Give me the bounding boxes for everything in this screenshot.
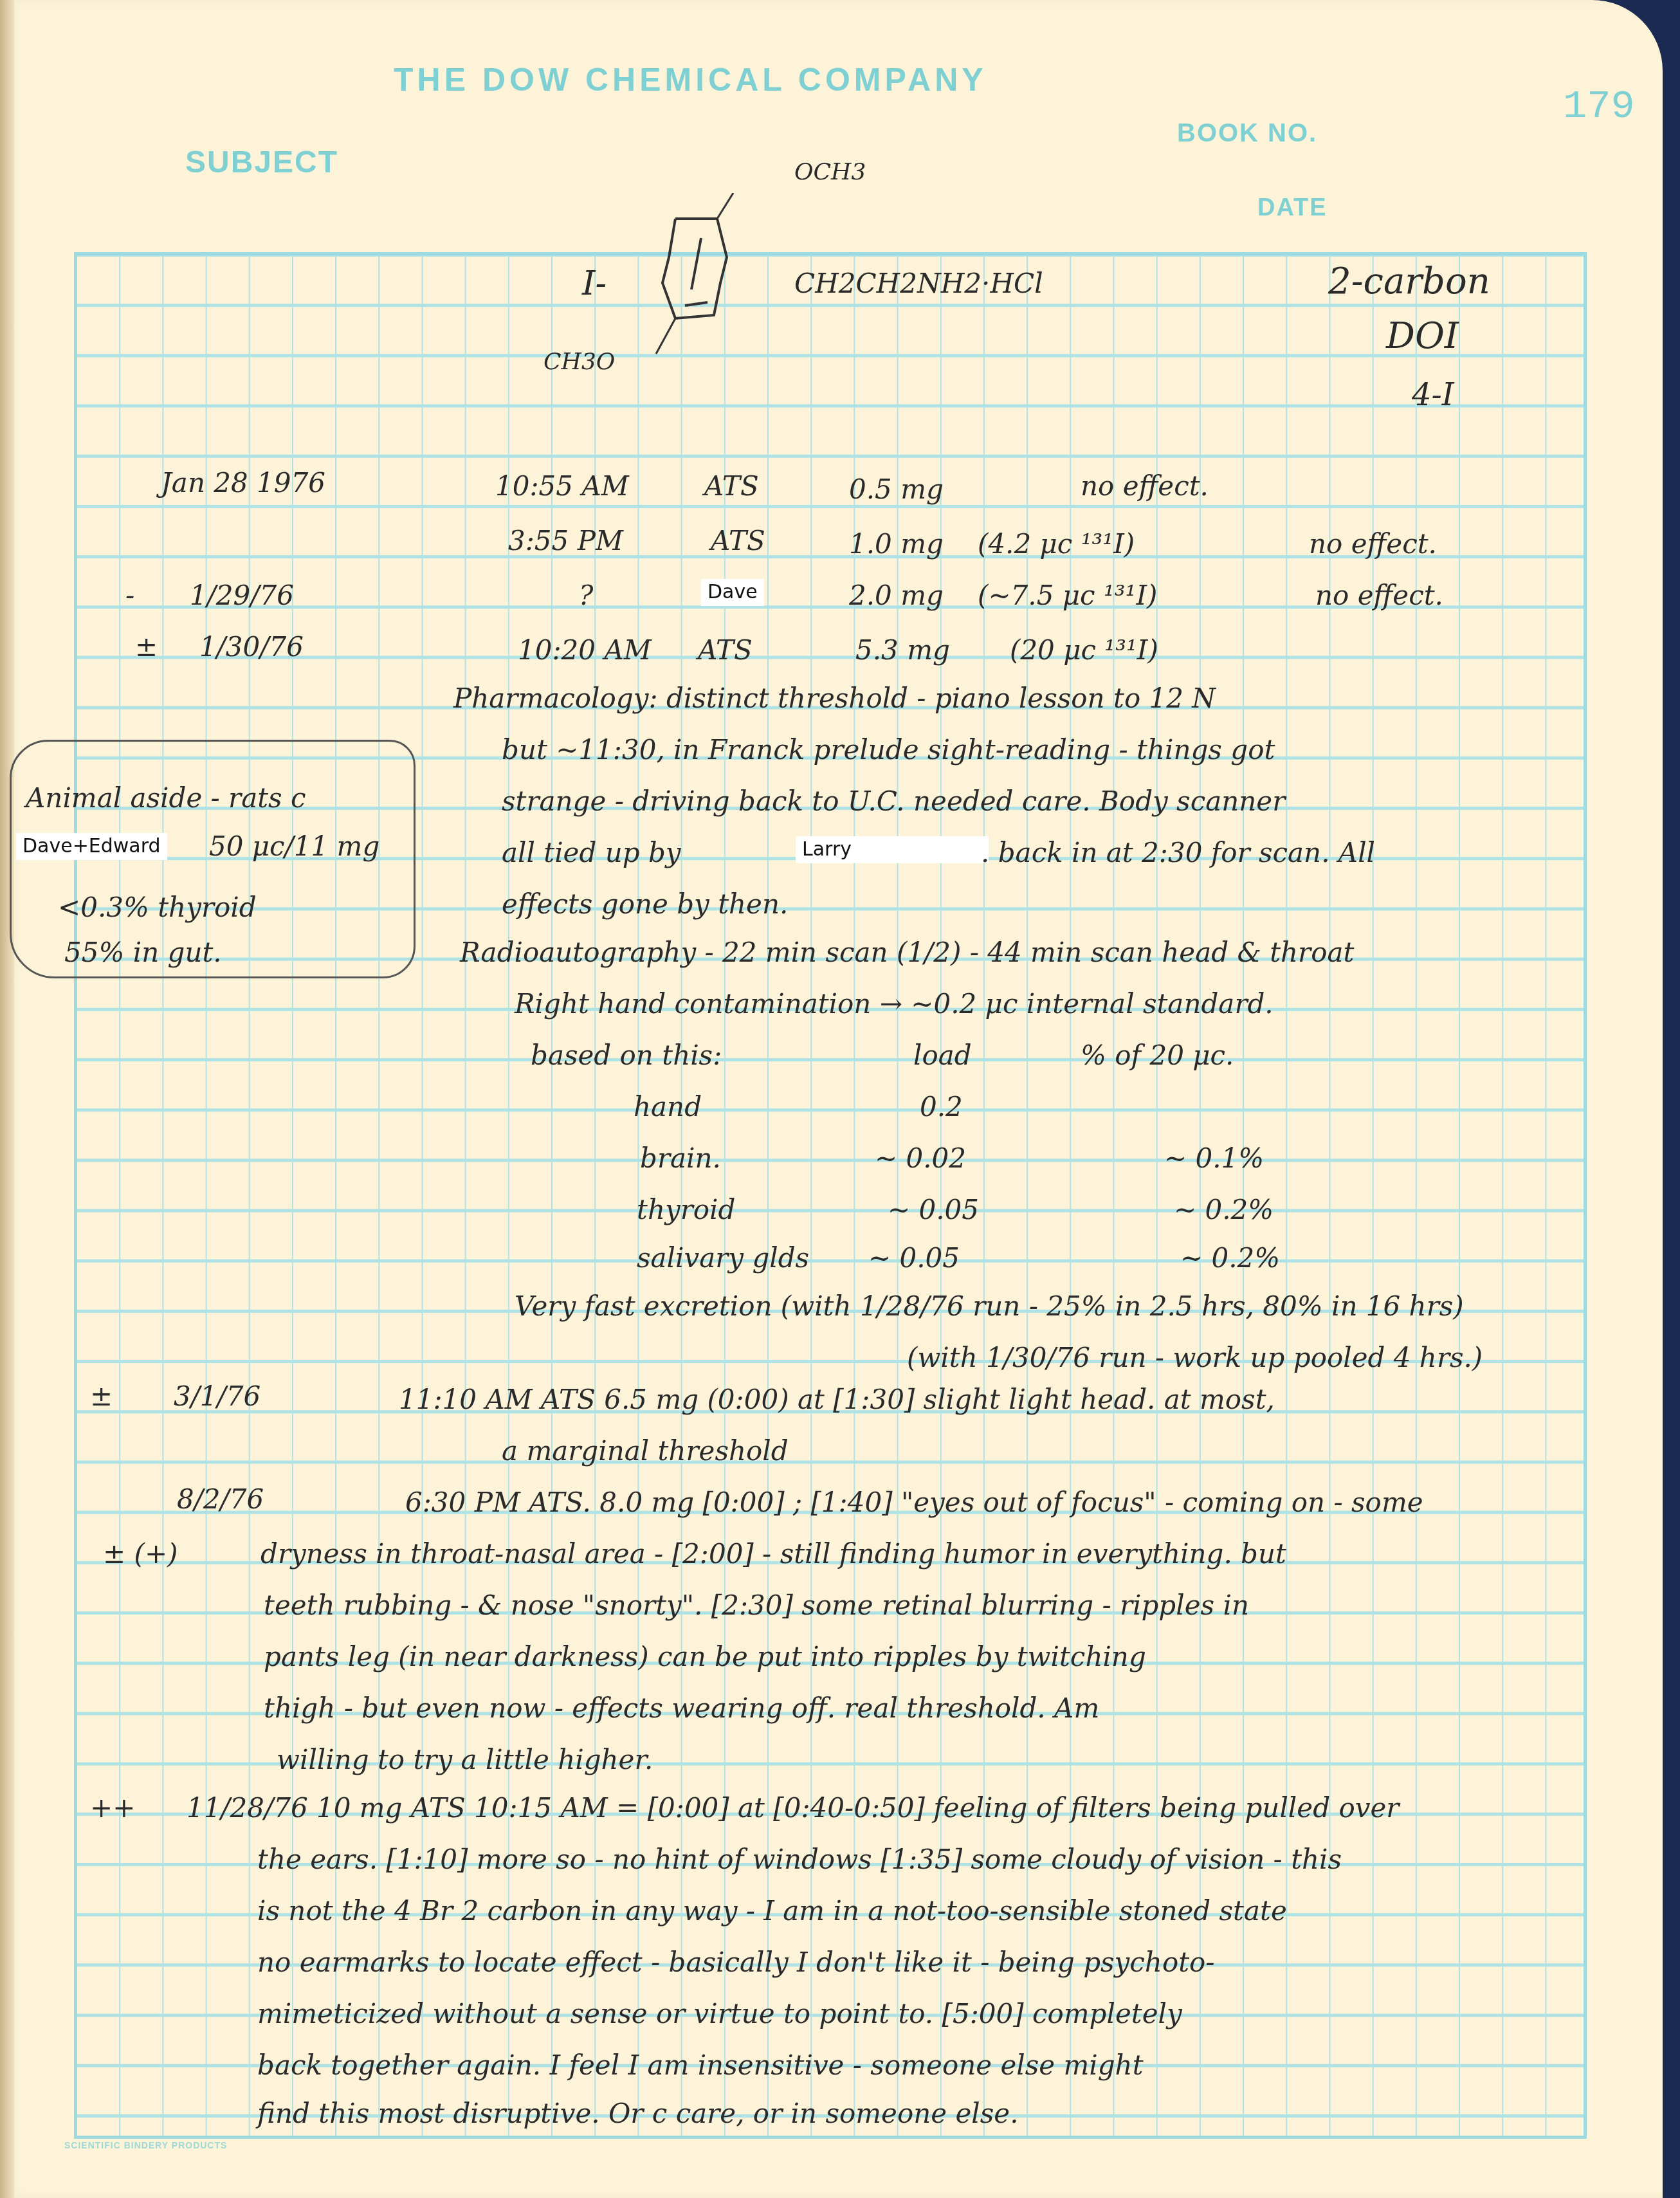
structure-note-4-i: 4-I	[1412, 380, 1454, 410]
entry-11-28-line-7: find this most disruptive. Or c care, or…	[257, 2100, 1019, 2127]
entry-8-2-line-1: dryness in throat-nasal area - [2:00] - …	[260, 1541, 1286, 1568]
table-row-thyroid-load: ~ 0.05	[888, 1196, 979, 1223]
animal-aside-line-1: Animal aside - rats c	[26, 785, 306, 812]
name-tape-larry: Larry	[796, 836, 989, 863]
dose-log-isotope-2: (4.2 μc ¹³¹I)	[978, 531, 1135, 558]
pharmacology-line-2: but ~11:30, in Franck prelude sight-read…	[502, 737, 1275, 764]
structure-note-doi: DOI	[1386, 318, 1459, 354]
dose-log-dose-4: 5.3 mg	[855, 637, 950, 664]
table-row-brain-percent: ~ 0.1%	[1164, 1145, 1264, 1172]
entry-8-2-date: 8/2/76	[177, 1486, 264, 1513]
notebook-page: THE DOW CHEMICAL COMPANY SUBJECT BOOK NO…	[0, 0, 1663, 2198]
entry-8-2-mark: ± (+)	[103, 1541, 178, 1568]
name-tape-dave-edward: Dave+Edward	[16, 833, 167, 860]
pharmacology-line-4a: all tied up by	[502, 839, 681, 866]
table-row-hand-load: 0.2	[920, 1094, 963, 1121]
dose-log-who-4: ATS	[698, 637, 753, 664]
dose-log-time-3: ?	[579, 582, 594, 609]
entry-3-1-date: 3/1/76	[174, 1383, 260, 1410]
dose-log-dose-1: 0.5 mg	[849, 476, 944, 503]
dose-log-time-1: 10:55 AM	[495, 473, 629, 500]
entry-8-2-line-2: teeth rubbing - & nose "snorty". [2:30] …	[264, 1592, 1249, 1619]
entry-11-28-line-4: no earmarks to locate effect - basically…	[257, 1949, 1215, 1976]
subject-label: SUBJECT	[185, 145, 338, 180]
entry-8-2-header: 6:30 PM ATS. 8.0 mg [0:00] ; [1:40] "eye…	[405, 1489, 1423, 1516]
dose-log-date-1: Jan 28 1976	[161, 470, 325, 497]
entry-8-2-line-4: thigh - but even now - effects wearing o…	[264, 1695, 1099, 1722]
pharmacology-line-5: effects gone by then.	[502, 891, 788, 918]
name-tape-dave: Dave	[701, 579, 764, 606]
entry-11-28-line-3: is not the 4 Br 2 carbon in any way - I …	[257, 1898, 1287, 1925]
dose-log-who-1: ATS	[704, 473, 759, 500]
entry-3-1-mark: ±	[90, 1383, 113, 1410]
animal-aside-line-3: <0.3% thyroid	[58, 894, 257, 921]
dose-log-dose-3: 2.0 mg	[849, 582, 944, 609]
structure-iodo-substituent: I-	[582, 267, 607, 300]
entry-11-28-mark: ++	[90, 1795, 135, 1822]
table-row-salivary-label: salivary glds	[637, 1245, 809, 1272]
page-spine-shadow	[0, 0, 14, 2198]
table-header-percent: % of 20 μc.	[1081, 1042, 1234, 1069]
table-row-brain-label: brain.	[640, 1145, 721, 1172]
radio-line-2: Right hand contamination → ~0.2 μc inter…	[515, 991, 1274, 1018]
table-row-thyroid-label: thyroid	[637, 1196, 735, 1223]
pharmacology-line-4b: . back in at 2:30 for scan. All	[981, 839, 1375, 866]
dose-log-isotope-4: (20 μc ¹³¹I)	[1010, 637, 1158, 664]
dose-log-mark-3: -	[125, 582, 134, 609]
radio-line-1: Radioautography - 22 min scan (1/2) - 44…	[460, 939, 1354, 966]
dose-log-date-4: 1/30/76	[199, 634, 304, 661]
table-row-brain-load: ~ 0.02	[875, 1145, 966, 1172]
dose-log-result-3: no effect.	[1315, 582, 1443, 609]
pharmacology-line-3: strange - driving back to U.C. needed ca…	[502, 788, 1285, 815]
dose-log-result-2: no effect.	[1309, 531, 1437, 558]
table-row-hand-label: hand	[634, 1094, 702, 1121]
dose-log-result-1: no effect.	[1081, 473, 1209, 500]
structure-bottom-substituent: CH3O	[543, 351, 615, 374]
entry-11-28-line-1: 11/28/76 10 mg ATS 10:15 AM = [0:00] at …	[187, 1795, 1399, 1822]
structure-note-2-carbon: 2-carbon	[1328, 264, 1490, 300]
radio-line-3: based on this:	[531, 1042, 722, 1069]
dose-log-date-3: 1/29/76	[190, 582, 294, 609]
excretion-line-2: (with 1/30/76 run - work up pooled 4 hrs…	[907, 1344, 1483, 1371]
table-row-thyroid-percent: ~ 0.2%	[1174, 1196, 1274, 1223]
structure-side-chain: CH2CH2NH2·HCl	[794, 270, 1043, 297]
book-number-label: BOOK NO.	[1177, 119, 1317, 148]
excretion-line-1: Very fast excretion (with 1/28/76 run - …	[515, 1293, 1464, 1320]
animal-aside-line-4: 55% in gut.	[64, 939, 222, 966]
entry-11-28-line-2: the ears. [1:10] more so - no hint of wi…	[257, 1846, 1342, 1873]
animal-aside-line-2: 50 μc/11 mg	[209, 833, 379, 860]
page-number: 179	[1563, 84, 1635, 129]
dose-log-dose-2: 1.0 mg	[849, 531, 944, 558]
entry-11-28-line-6: back together again. I feel I am insensi…	[257, 2052, 1144, 2079]
dose-log-who-2: ATS	[711, 527, 765, 554]
dose-log-isotope-3: (~7.5 μc ¹³¹I)	[978, 582, 1157, 609]
dose-log-time-4: 10:20 AM	[518, 637, 652, 664]
dose-log-mark-4: ±	[135, 634, 158, 661]
dose-log-time-2: 3:55 PM	[508, 527, 623, 554]
table-row-salivary-percent: ~ 0.2%	[1180, 1245, 1280, 1272]
entry-3-1-text-2: a marginal threshold	[502, 1438, 789, 1465]
entry-8-2-line-5: willing to try a little higher.	[277, 1746, 653, 1773]
table-row-salivary-load: ~ 0.05	[868, 1245, 960, 1272]
entry-3-1-text-1: 11:10 AM ATS 6.5 mg (0:00) at [1:30] sli…	[399, 1386, 1275, 1413]
date-label: DATE	[1257, 194, 1328, 222]
entry-8-2-line-3: pants leg (in near darkness) can be put …	[264, 1644, 1146, 1671]
pharmacology-line-1: Pharmacology: distinct threshold - piano…	[453, 685, 1216, 712]
table-header-load: load	[913, 1042, 972, 1069]
entry-11-28-line-5: mimeticized without a sense or virtue to…	[257, 2001, 1182, 2028]
structure-top-substituent: OCH3	[794, 161, 866, 184]
company-heading: THE DOW CHEMICAL COMPANY	[394, 61, 987, 98]
footer-imprint: SCIENTIFIC BINDERY PRODUCTS	[64, 2140, 227, 2150]
